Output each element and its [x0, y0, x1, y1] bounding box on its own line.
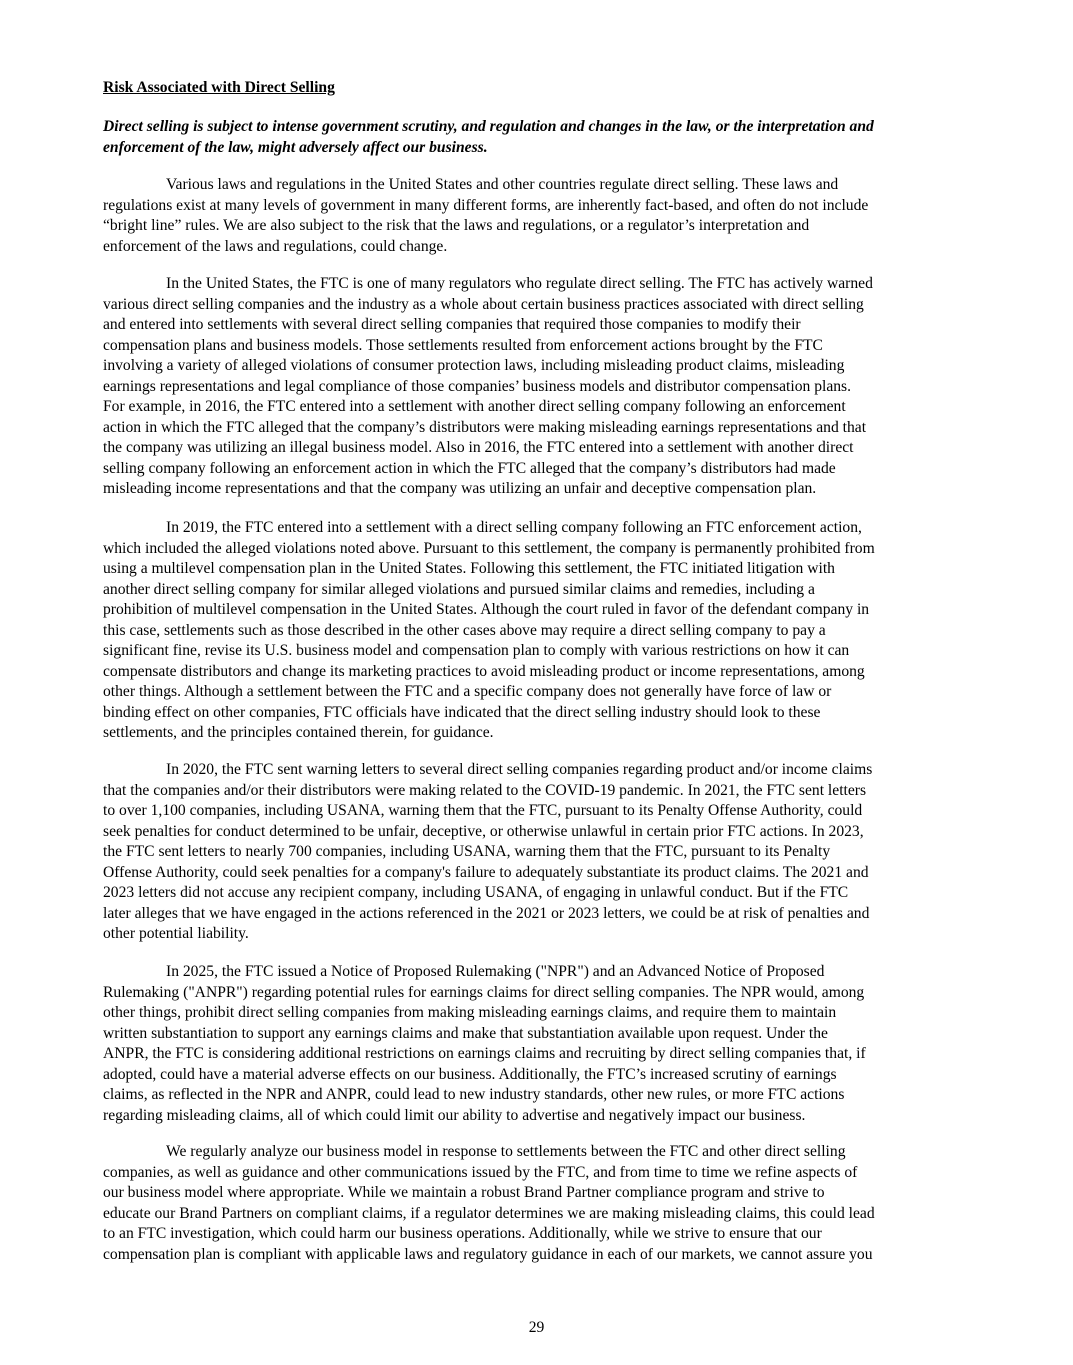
text-line: written substantiation to support any ea… [103, 1024, 983, 1045]
text-line: misleading income representations and th… [103, 479, 983, 500]
text-line: “bright line” rules. We are also subject… [103, 216, 983, 237]
text-line: companies, as well as guidance and other… [103, 1163, 983, 1184]
text-line: that the companies and/or their distribu… [103, 781, 983, 802]
text-line: regarding misleading claims, all of whic… [103, 1106, 983, 1127]
paragraph-laws-regulations: Various laws and regulations in the Unit… [103, 175, 983, 257]
paragraph-ftc-regulators: In the United States, the FTC is one of … [103, 274, 983, 500]
text-line: significant fine, revise its U.S. busine… [103, 641, 983, 662]
text-line: claims, as reflected in the NPR and ANPR… [103, 1085, 983, 1106]
text-line: adopted, could have a material adverse e… [103, 1065, 983, 1086]
text-line: the FTC sent letters to nearly 700 compa… [103, 842, 983, 863]
risk-factor-title-line: enforcement of the law, might adversely … [103, 138, 983, 159]
risk-factor-title: Direct selling is subject to intense gov… [103, 117, 983, 158]
text-line: Various laws and regulations in the Unit… [103, 175, 983, 196]
section-heading: Risk Associated with Direct Selling [103, 78, 335, 99]
text-line: For example, in 2016, the FTC entered in… [103, 397, 983, 418]
text-line: our business model where appropriate. Wh… [103, 1183, 983, 1204]
paragraph-business-model-analysis: We regularly analyze our business model … [103, 1142, 983, 1265]
text-line: Offense Authority, could seek penalties … [103, 863, 983, 884]
paragraph-2025-rulemaking: In 2025, the FTC issued a Notice of Prop… [103, 962, 983, 1126]
text-line: involving a variety of alleged violation… [103, 356, 983, 377]
text-line: regulations exist at many levels of gove… [103, 196, 983, 217]
text-line: compensation plans and business models. … [103, 336, 983, 357]
text-line: to an FTC investigation, which could har… [103, 1224, 983, 1245]
text-line: using a multilevel compensation plan in … [103, 559, 983, 580]
text-line: ANPR, the FTC is considering additional … [103, 1044, 983, 1065]
risk-factor-title-line: Direct selling is subject to intense gov… [103, 117, 983, 138]
text-line: other things, prohibit direct selling co… [103, 1003, 983, 1024]
text-line: In 2025, the FTC issued a Notice of Prop… [103, 962, 983, 983]
text-line: In 2020, the FTC sent warning letters to… [103, 760, 983, 781]
text-line: binding effect on other companies, FTC o… [103, 703, 983, 724]
text-line: to over 1,100 companies, including USANA… [103, 801, 983, 822]
document-page: Risk Associated with Direct Selling Dire… [0, 0, 1073, 1365]
text-line: Rulemaking ("ANPR") regarding potential … [103, 983, 983, 1004]
text-line: which included the alleged violations no… [103, 539, 983, 560]
text-line: In 2019, the FTC entered into a settleme… [103, 518, 983, 539]
text-line: other things. Although a settlement betw… [103, 682, 983, 703]
text-line: action in which the FTC alleged that the… [103, 418, 983, 439]
text-line: compensation plan is compliant with appl… [103, 1245, 983, 1266]
text-line: We regularly analyze our business model … [103, 1142, 983, 1163]
text-line: selling company following an enforcement… [103, 459, 983, 480]
text-line: and entered into settlements with severa… [103, 315, 983, 336]
text-line: other potential liability. [103, 924, 983, 945]
text-line: earnings representations and legal compl… [103, 377, 983, 398]
paragraph-warning-letters: In 2020, the FTC sent warning letters to… [103, 760, 983, 945]
text-line: various direct selling companies and the… [103, 295, 983, 316]
text-line: later alleges that we have engaged in th… [103, 904, 983, 925]
text-line: seek penalties for conduct determined to… [103, 822, 983, 843]
page-number: 29 [0, 1318, 1073, 1339]
text-line: In the United States, the FTC is one of … [103, 274, 983, 295]
text-line: another direct selling company for simil… [103, 580, 983, 601]
text-line: prohibition of multilevel compensation i… [103, 600, 983, 621]
text-line: compensate distributors and change its m… [103, 662, 983, 683]
text-line: settlements, and the principles containe… [103, 723, 983, 744]
text-line: 2023 letters did not accuse any recipien… [103, 883, 983, 904]
paragraph-2019-settlement: In 2019, the FTC entered into a settleme… [103, 518, 983, 744]
text-line: the company was utilizing an illegal bus… [103, 438, 983, 459]
text-line: enforcement of the laws and regulations,… [103, 237, 983, 258]
text-line: educate our Brand Partners on compliant … [103, 1204, 983, 1225]
text-line: this case, settlements such as those des… [103, 621, 983, 642]
